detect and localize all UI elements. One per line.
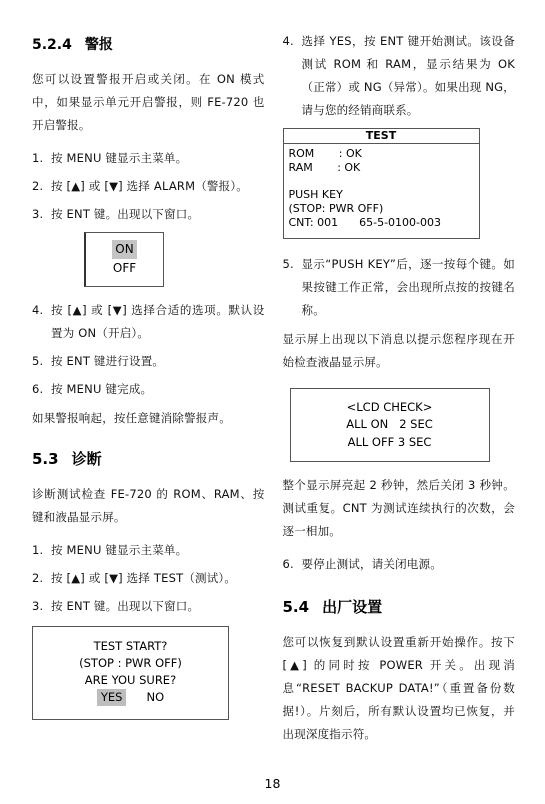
alarm-intro-paragraph: 您可以设置警报开启或关闭。在 ON 模式中，如果显示单元开启警报，则 FE-72… [32,68,265,137]
test-result-window: TEST ROM : OK RAM : OK PUSH KEY (STOP: P… [283,128,480,239]
option-yes-selected: YES [97,689,127,706]
left-column: 5.2.4警报 您可以设置警报开启或关闭。在 ON 模式中，如果显示单元开启警报… [32,30,265,756]
section-number: 5.2.4 [32,37,72,53]
section-heading-5-2-4: 5.2.4警报 [32,34,265,54]
step-number: 3. [32,595,51,618]
step-number: 2. [32,175,51,198]
list-item: 4. 按 [▲] 或 [▼] 选择合适的选项。默认设置为 ON（开启）。 [32,299,265,345]
test-start-line2: (STOP : PWR OFF) [33,655,228,672]
alarm-onoff-window: ON OFF [84,232,164,287]
two-column-layout: 5.2.4警报 您可以设置警报开启或关闭。在 ON 模式中，如果显示单元开启警报… [32,30,515,756]
section-heading-5-3: 5.3诊断 [32,448,265,469]
step-text: 按 [▲] 或 [▼] 选择合适的选项。默认设置为 ON（开启）。 [51,299,265,345]
step-number: 6. [32,378,51,401]
section-title: 警报 [85,37,113,53]
step-text: 按 [▲] 或 [▼] 选择 TEST（测试）。 [51,567,265,590]
alarm-steps-list-2: 4. 按 [▲] 或 [▼] 选择合适的选项。默认设置为 ON（开启）。 5. … [32,299,265,401]
right-column: 4. 选择 YES，按 ENT 键开始测试。该设备测试 ROM 和 RAM，显示… [283,30,516,756]
test-window-row: RAM : OK [289,161,473,175]
step-text: 要停止测试，请关闭电源。 [302,553,516,576]
section-number: 5.4 [283,598,310,616]
list-item: 2. 按 [▲] 或 [▼] 选择 TEST（测试）。 [32,567,265,590]
list-item: 2. 按 [▲] 或 [▼] 选择 ALARM（警报）。 [32,175,265,198]
list-item: 6. 按 MENU 键完成。 [32,378,265,401]
test-start-window: TEST START? (STOP : PWR OFF) ARE YOU SUR… [32,626,229,720]
step-text: 按 MENU 键完成。 [51,378,265,401]
step-text: 按 MENU 键显示主菜单。 [51,539,265,562]
list-item: 5. 显示“PUSH KEY”后，逐一按每个键。如果按键工作正常，会出现所点按的… [283,253,516,322]
test-window-row: ROM : OK [289,147,473,161]
diagnosis-intro-paragraph: 诊断测试检查 FE-720 的 ROM、RAM、按键和液晶显示屏。 [32,483,265,529]
section-title: 出厂设置 [322,598,382,616]
test-window-row [289,175,473,189]
list-item: 3. 按 ENT 键。出现以下窗口。 [32,595,265,618]
step-number: 2. [32,567,51,590]
option-no: NO [146,689,164,706]
lcd-check-title: <LCD CHECK> [347,399,433,417]
test-window-row: PUSH KEY [289,188,473,202]
page-number: 18 [0,776,545,791]
lcd-check-window: <LCD CHECK> ALL ON 2 SEC ALL OFF 3 SEC [290,388,490,462]
step-number: 6. [283,553,302,576]
step-number: 1. [32,539,51,562]
option-on-selected: ON [112,240,136,259]
lcd-check-result-paragraph: 整个显示屏亮起 2 秒钟，然后关闭 3 秒钟。测试重复。CNT 为测试连续执行的… [283,474,516,543]
test-start-line1: TEST START? [33,638,228,655]
test-start-choices: YESNO [33,689,228,706]
factory-settings-paragraph: 您可以恢复到默认设置重新开始操作。按下 [▲] 的同时按 POWER 开关。出现… [283,631,516,746]
test-window-title: TEST [284,129,479,144]
step-number: 1. [32,147,51,170]
step-text: 显示“PUSH KEY”后，逐一按每个键。如果按键工作正常，会出现所点按的按键名… [302,253,516,322]
step-number: 5. [32,350,51,373]
lcd-check-line3: ALL OFF 3 SEC [348,434,432,452]
section-heading-5-4: 5.4出厂设置 [283,596,516,617]
step-number: 4. [32,299,51,345]
step-number: 3. [32,203,51,226]
lcd-check-intro-paragraph: 显示屏上出现以下消息以提示您程序现在开始检查液晶显示屏。 [283,328,516,374]
step-text: 按 ENT 键。出现以下窗口。 [51,595,265,618]
stop-test-step-list: 6. 要停止测试，请关闭电源。 [283,553,516,576]
step-number: 4. [283,30,302,122]
alarm-note-paragraph: 如果警报响起，按任意键消除警报声。 [32,407,265,430]
step-text: 按 [▲] 或 [▼] 选择 ALARM（警报）。 [51,175,265,198]
list-item: 4. 选择 YES，按 ENT 键开始测试。该设备测试 ROM 和 RAM，显示… [283,30,516,122]
step-text: 选择 YES，按 ENT 键开始测试。该设备测试 ROM 和 RAM，显示结果为… [302,30,516,122]
manual-page: 5.2.4警报 您可以设置警报开启或关闭。在 ON 模式中，如果显示单元开启警报… [0,0,545,804]
section-number: 5.3 [32,450,59,468]
test-window-row: (STOP: PWR OFF) [289,202,473,216]
alarm-steps-list-1: 1. 按 MENU 键显示主菜单。 2. 按 [▲] 或 [▼] 选择 ALAR… [32,147,265,226]
step-number: 5. [283,253,302,322]
step-text: 按 MENU 键显示主菜单。 [51,147,265,170]
diagnosis-steps-list: 1. 按 MENU 键显示主菜单。 2. 按 [▲] 或 [▼] 选择 TEST… [32,539,265,618]
step-text: 按 ENT 键进行设置。 [51,350,265,373]
test-window-row: CNT: 001 65-5-0100-003 [289,216,473,230]
step-text: 按 ENT 键。出现以下窗口。 [51,203,265,226]
test-steps-list: 4. 选择 YES，按 ENT 键开始测试。该设备测试 ROM 和 RAM，显示… [283,30,516,122]
section-title: 诊断 [72,450,102,468]
option-off: OFF [86,259,163,278]
test-start-line3: ARE YOU SURE? [33,672,228,689]
pushkey-step-list: 5. 显示“PUSH KEY”后，逐一按每个键。如果按键工作正常，会出现所点按的… [283,253,516,322]
list-item: 1. 按 MENU 键显示主菜单。 [32,539,265,562]
list-item: 1. 按 MENU 键显示主菜单。 [32,147,265,170]
list-item: 3. 按 ENT 键。出现以下窗口。 [32,203,265,226]
lcd-check-line2: ALL ON 2 SEC [346,416,433,434]
list-item: 6. 要停止测试，请关闭电源。 [283,553,516,576]
list-item: 5. 按 ENT 键进行设置。 [32,350,265,373]
test-window-body: ROM : OK RAM : OK PUSH KEY (STOP: PWR OF… [284,144,479,238]
